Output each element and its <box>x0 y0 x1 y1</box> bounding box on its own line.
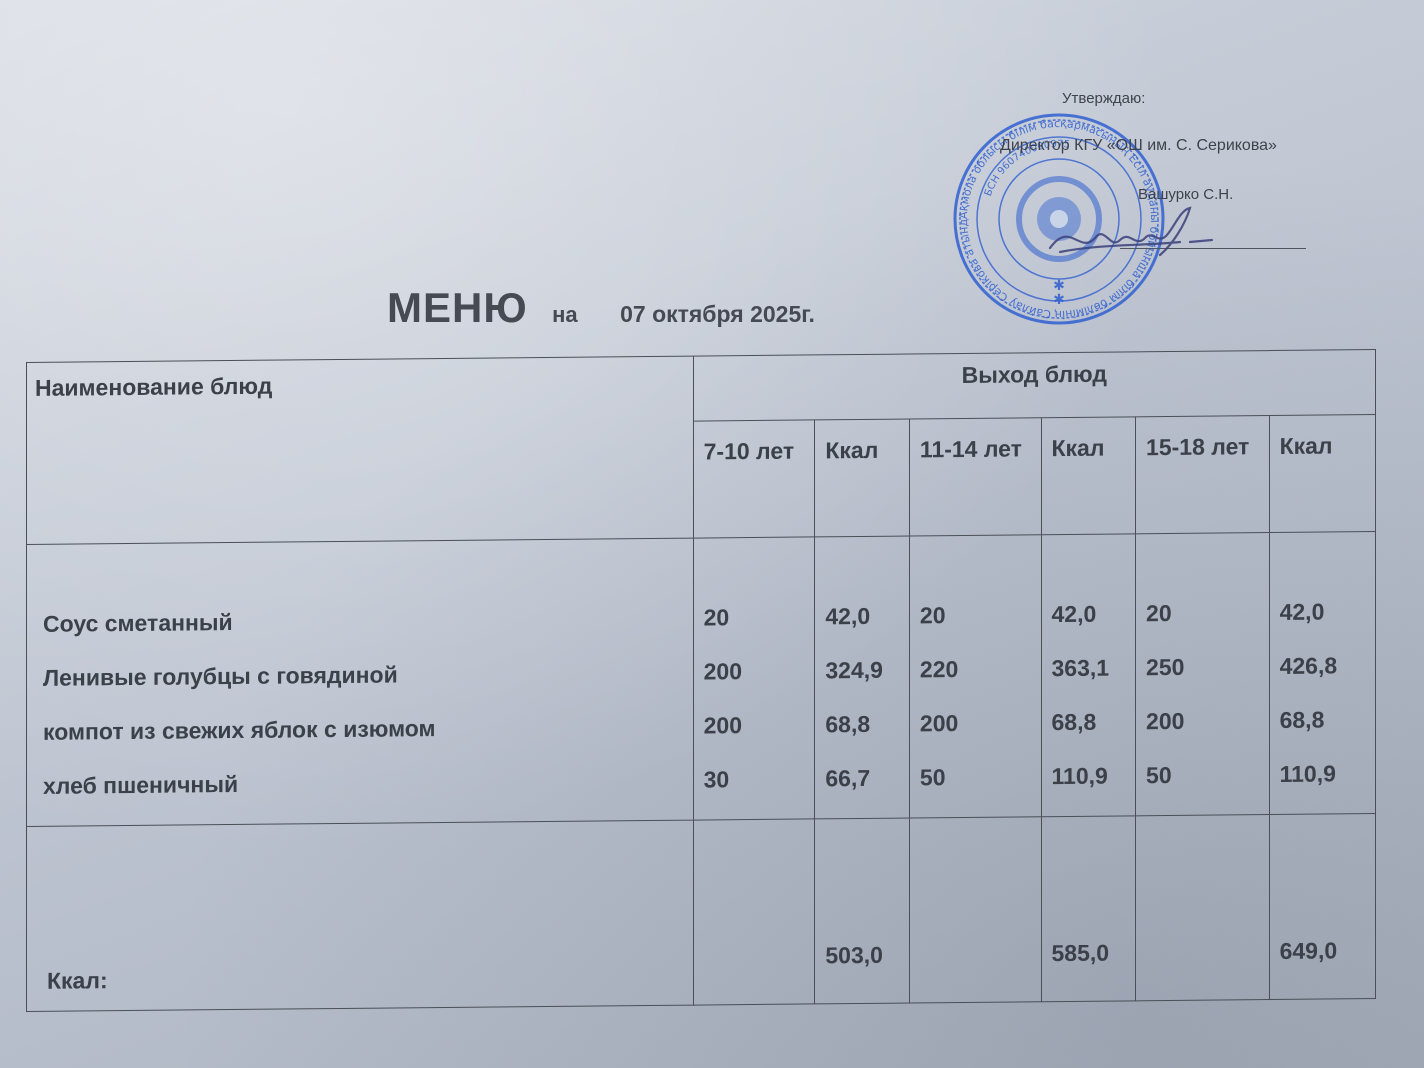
cell-value: 42,0 <box>825 589 909 644</box>
total-value <box>693 819 815 1005</box>
dish-name: Ленивые голубцы с говядиной <box>43 645 693 705</box>
subheader-2: 11-14 лет <box>909 418 1041 536</box>
cell-value: 20 <box>920 587 1041 642</box>
document-title: МЕНЮ на 07 октября 2025г. <box>387 284 815 332</box>
total-label: Ккал: <box>27 820 694 1011</box>
cell-value: 220 <box>920 641 1041 696</box>
subheader-5: Ккал <box>1269 415 1375 533</box>
dish-name: Соус сметанный <box>43 591 693 651</box>
cell-value: 50 <box>920 749 1041 804</box>
subheader-3: Ккал <box>1041 417 1136 535</box>
subheader-label: 11-14 лет <box>920 426 1041 471</box>
header-dish-name: Наименование блюд <box>27 356 694 544</box>
value-column-0: 2020020030 <box>693 537 815 820</box>
value-column-5: 42,0426,868,8110,9 <box>1269 532 1375 815</box>
cell-value: 50 <box>1146 747 1269 802</box>
menu-table: Наименование блюд Выход блюд 7-10 летКка… <box>26 349 1376 1012</box>
subheader-1: Ккал <box>815 419 910 537</box>
dish-name: хлеб пшеничный <box>43 753 693 813</box>
cell-value: 42,0 <box>1280 584 1375 639</box>
cell-value: 200 <box>704 697 815 752</box>
cell-value: 30 <box>704 751 815 806</box>
total-value <box>1136 815 1270 1001</box>
dish-list: Соус сметанныйЛенивые голубцы с говядино… <box>27 538 694 826</box>
signature-icon <box>1040 200 1220 270</box>
title-menu: МЕНЮ <box>387 284 528 331</box>
cell-value: 200 <box>1146 693 1269 748</box>
subheader-label: Ккал <box>1052 425 1136 470</box>
subheader-label: Ккал <box>825 428 909 473</box>
director-title: Директор КГУ «ОШ им. С. Серикова» <box>1000 137 1277 155</box>
value-column-1: 42,0324,968,866,7 <box>815 536 910 819</box>
dish-name: компот из свежих яблок с изюмом <box>43 699 693 759</box>
cell-value: 66,7 <box>825 751 909 806</box>
cell-value: 426,8 <box>1280 638 1375 693</box>
total-value <box>909 817 1041 1003</box>
cell-value: 200 <box>920 695 1041 750</box>
subheader-0: 7-10 лет <box>693 420 815 538</box>
subheader-label: Ккал <box>1280 423 1375 468</box>
cell-value: 68,8 <box>1052 694 1136 749</box>
cell-value: 20 <box>1146 585 1269 640</box>
value-column-4: 2025020050 <box>1136 533 1270 816</box>
cell-value: 68,8 <box>825 697 909 752</box>
cell-value: 68,8 <box>1280 692 1375 747</box>
subheader-4: 15-18 лет <box>1136 416 1270 534</box>
cell-value: 110,9 <box>1280 746 1375 801</box>
cell-value: 250 <box>1146 639 1269 694</box>
cell-value: 200 <box>704 643 815 698</box>
cell-value: 42,0 <box>1052 586 1136 641</box>
value-column-2: 2022020050 <box>909 535 1041 818</box>
cell-value: 110,9 <box>1052 748 1136 803</box>
value-column-3: 42,0363,168,8110,9 <box>1041 534 1136 817</box>
menu-date: 07 октября 2025г. <box>620 301 815 327</box>
subheader-label: 15-18 лет <box>1146 424 1269 469</box>
total-value: 649,0 <box>1269 814 1375 1000</box>
total-value: 503,0 <box>815 818 910 1004</box>
svg-text:✱: ✱ <box>1053 291 1065 307</box>
cell-value: 20 <box>704 589 815 644</box>
approval-heading: Утверждаю: <box>1062 90 1145 107</box>
header-output: Выход блюд <box>693 350 1375 422</box>
cell-value: 363,1 <box>1052 640 1136 695</box>
total-value: 585,0 <box>1041 816 1136 1002</box>
cell-value: 324,9 <box>825 643 909 698</box>
subheader-label: 7-10 лет <box>704 428 815 473</box>
title-on: на <box>552 302 578 327</box>
